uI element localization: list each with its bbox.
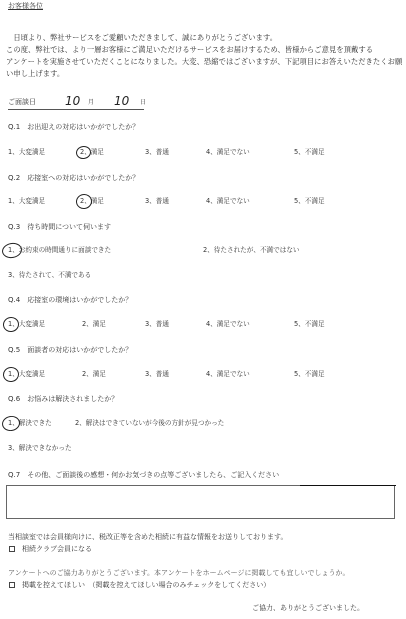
date-day-value: 10	[114, 95, 129, 107]
q3-selected-circle-mark	[1, 241, 23, 259]
date-label: ご面談日	[8, 99, 36, 106]
q4-option-5[interactable]: 5、不満足	[294, 321, 325, 328]
document-title: お客様各位	[8, 3, 43, 10]
q2-option-1[interactable]: 1、大変満足	[8, 198, 45, 205]
question-7-label: Q.7 その他、ご面談後の感想・何かお気づきの点等ございましたら、ご記入ください	[8, 472, 279, 479]
intro-line-1: 日頃より、弊社サービスをご愛顧いただきまして、誠にありがとうございます。	[6, 34, 277, 41]
intro-line-3: アンケートを実施させていただくことになりました。大変、恐縮ではございますが、下記…	[6, 58, 402, 65]
q1-option-3[interactable]: 3、普通	[145, 149, 169, 156]
q3-option-2[interactable]: 2、待たされたが、不満ではない	[203, 247, 300, 254]
q5-option-4[interactable]: 4、満足でない	[206, 371, 250, 378]
intro-line-2: この度、弊社では、より一層お客様にご満足いただけるサービスをお届けするため、皆様…	[6, 46, 373, 53]
interview-date-field[interactable]: ご面談日 10 月 10 日	[8, 99, 144, 110]
q4-option-3[interactable]: 3、普通	[145, 321, 169, 328]
q4-selected-circle-mark	[2, 316, 20, 334]
q2-option-3[interactable]: 3、普通	[145, 198, 169, 205]
date-month-value: 10	[65, 95, 80, 107]
q3-option-1[interactable]: 1、お約束の時間通りに面談できた	[8, 247, 111, 254]
q1-option-4[interactable]: 4、満足でない	[206, 149, 250, 156]
publish-notice: アンケートへのご協力ありがとうございます。本アンケートをホームページに掲載しても…	[8, 570, 349, 577]
q4-option-2[interactable]: 2、満足	[82, 321, 106, 328]
question-3-label: Q.3 待ち時間について伺います	[8, 224, 111, 231]
publish-checkbox[interactable]	[9, 582, 15, 588]
q2-selected-circle-mark	[75, 193, 93, 211]
q3-option-3[interactable]: 3、待たされて、不満である	[8, 272, 91, 279]
q2-option-5[interactable]: 5、不満足	[294, 198, 325, 205]
q6-option-3[interactable]: 3、解決できなかった	[8, 445, 72, 452]
box-top-edge-shade	[300, 485, 396, 486]
intro-line-4: い申し上げます。	[6, 70, 64, 77]
thanks-message: ご協力、ありがとうございました。	[252, 605, 364, 612]
q4-option-4[interactable]: 4、満足でない	[206, 321, 250, 328]
club-checkbox-label: 相続クラブ会員になる	[22, 546, 92, 553]
q1-option-5[interactable]: 5、不満足	[294, 149, 325, 156]
question-1-label: Q.1 お出迎えの対応はいかがでしたか？	[8, 124, 139, 131]
publish-checkbox-label: 掲載を控えてほしい （掲載を控えてほしい場合のみチェックをしてください）	[22, 582, 270, 589]
question-2-label: Q.2 応接室への対応はいかがでしたか？	[8, 175, 139, 182]
q6-selected-circle-mark	[1, 415, 21, 433]
comment-textarea[interactable]	[6, 485, 395, 519]
q5-selected-circle-mark	[2, 366, 20, 384]
q2-option-4[interactable]: 4、満足でない	[206, 198, 250, 205]
question-6-label: Q.6 お悩みは解決されましたか？	[8, 396, 118, 403]
club-notice: 当相談室では会員様向けに、税改正等を含めた相続に有益な情報をお送りしております。	[8, 534, 287, 541]
q5-option-2[interactable]: 2、満足	[82, 371, 106, 378]
question-5-label: Q.5 面談者の対応はいかがでしたか？	[8, 347, 132, 354]
q5-option-5[interactable]: 5、不満足	[294, 371, 325, 378]
date-month-unit: 月	[88, 100, 94, 106]
club-checkbox[interactable]	[9, 546, 15, 552]
q1-option-1[interactable]: 1、大変満足	[8, 149, 45, 156]
q6-option-2[interactable]: 2、解決はできていないが今後の方針が見つかった	[75, 420, 224, 427]
question-4-label: Q.4 応接室の環境はいかがでしたか？	[8, 297, 132, 304]
q5-option-3[interactable]: 3、普通	[145, 371, 169, 378]
date-day-unit: 日	[140, 100, 146, 106]
